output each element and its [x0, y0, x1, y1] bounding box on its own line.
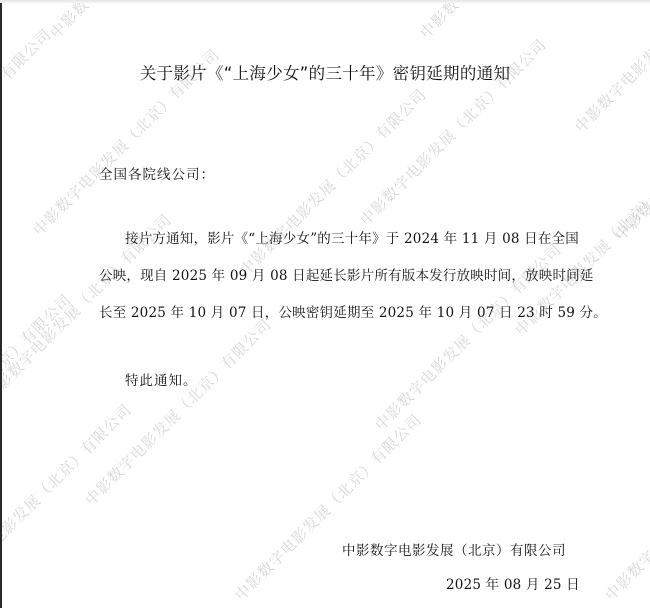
page-top-edge — [0, 0, 650, 3]
document-title: 关于影片《“上海少女”的三十年》密钥延期的通知 — [0, 60, 650, 84]
issue-date: 2025 年 08 月 25 日 — [446, 573, 580, 593]
closing-remark: 特此通知。 — [125, 369, 198, 389]
salutation: 全国各院线公司： — [99, 163, 215, 183]
page-left-border — [0, 0, 2, 608]
body-paragraph: 接片方通知，影片《“上海少女”的三十年》于 2024 年 11 月 08 日在全… — [99, 229, 559, 340]
body-line: 公映，现自 2025 年 09 月 08 日起延长影片所有版本发行放映时间，放映… — [99, 266, 559, 303]
document-page: 关于影片《“上海少女”的三十年》密钥延期的通知 全国各院线公司： 接片方通知，影… — [0, 0, 650, 608]
body-line: 接片方通知，影片《“上海少女”的三十年》于 2024 年 11 月 08 日在全… — [99, 229, 559, 266]
issuer-signature: 中影数字电影发展（北京）有限公司 — [342, 539, 566, 559]
body-line: 长至 2025 年 10 月 07 日，公映密钥延期至 2025 年 10 月 … — [99, 303, 559, 340]
